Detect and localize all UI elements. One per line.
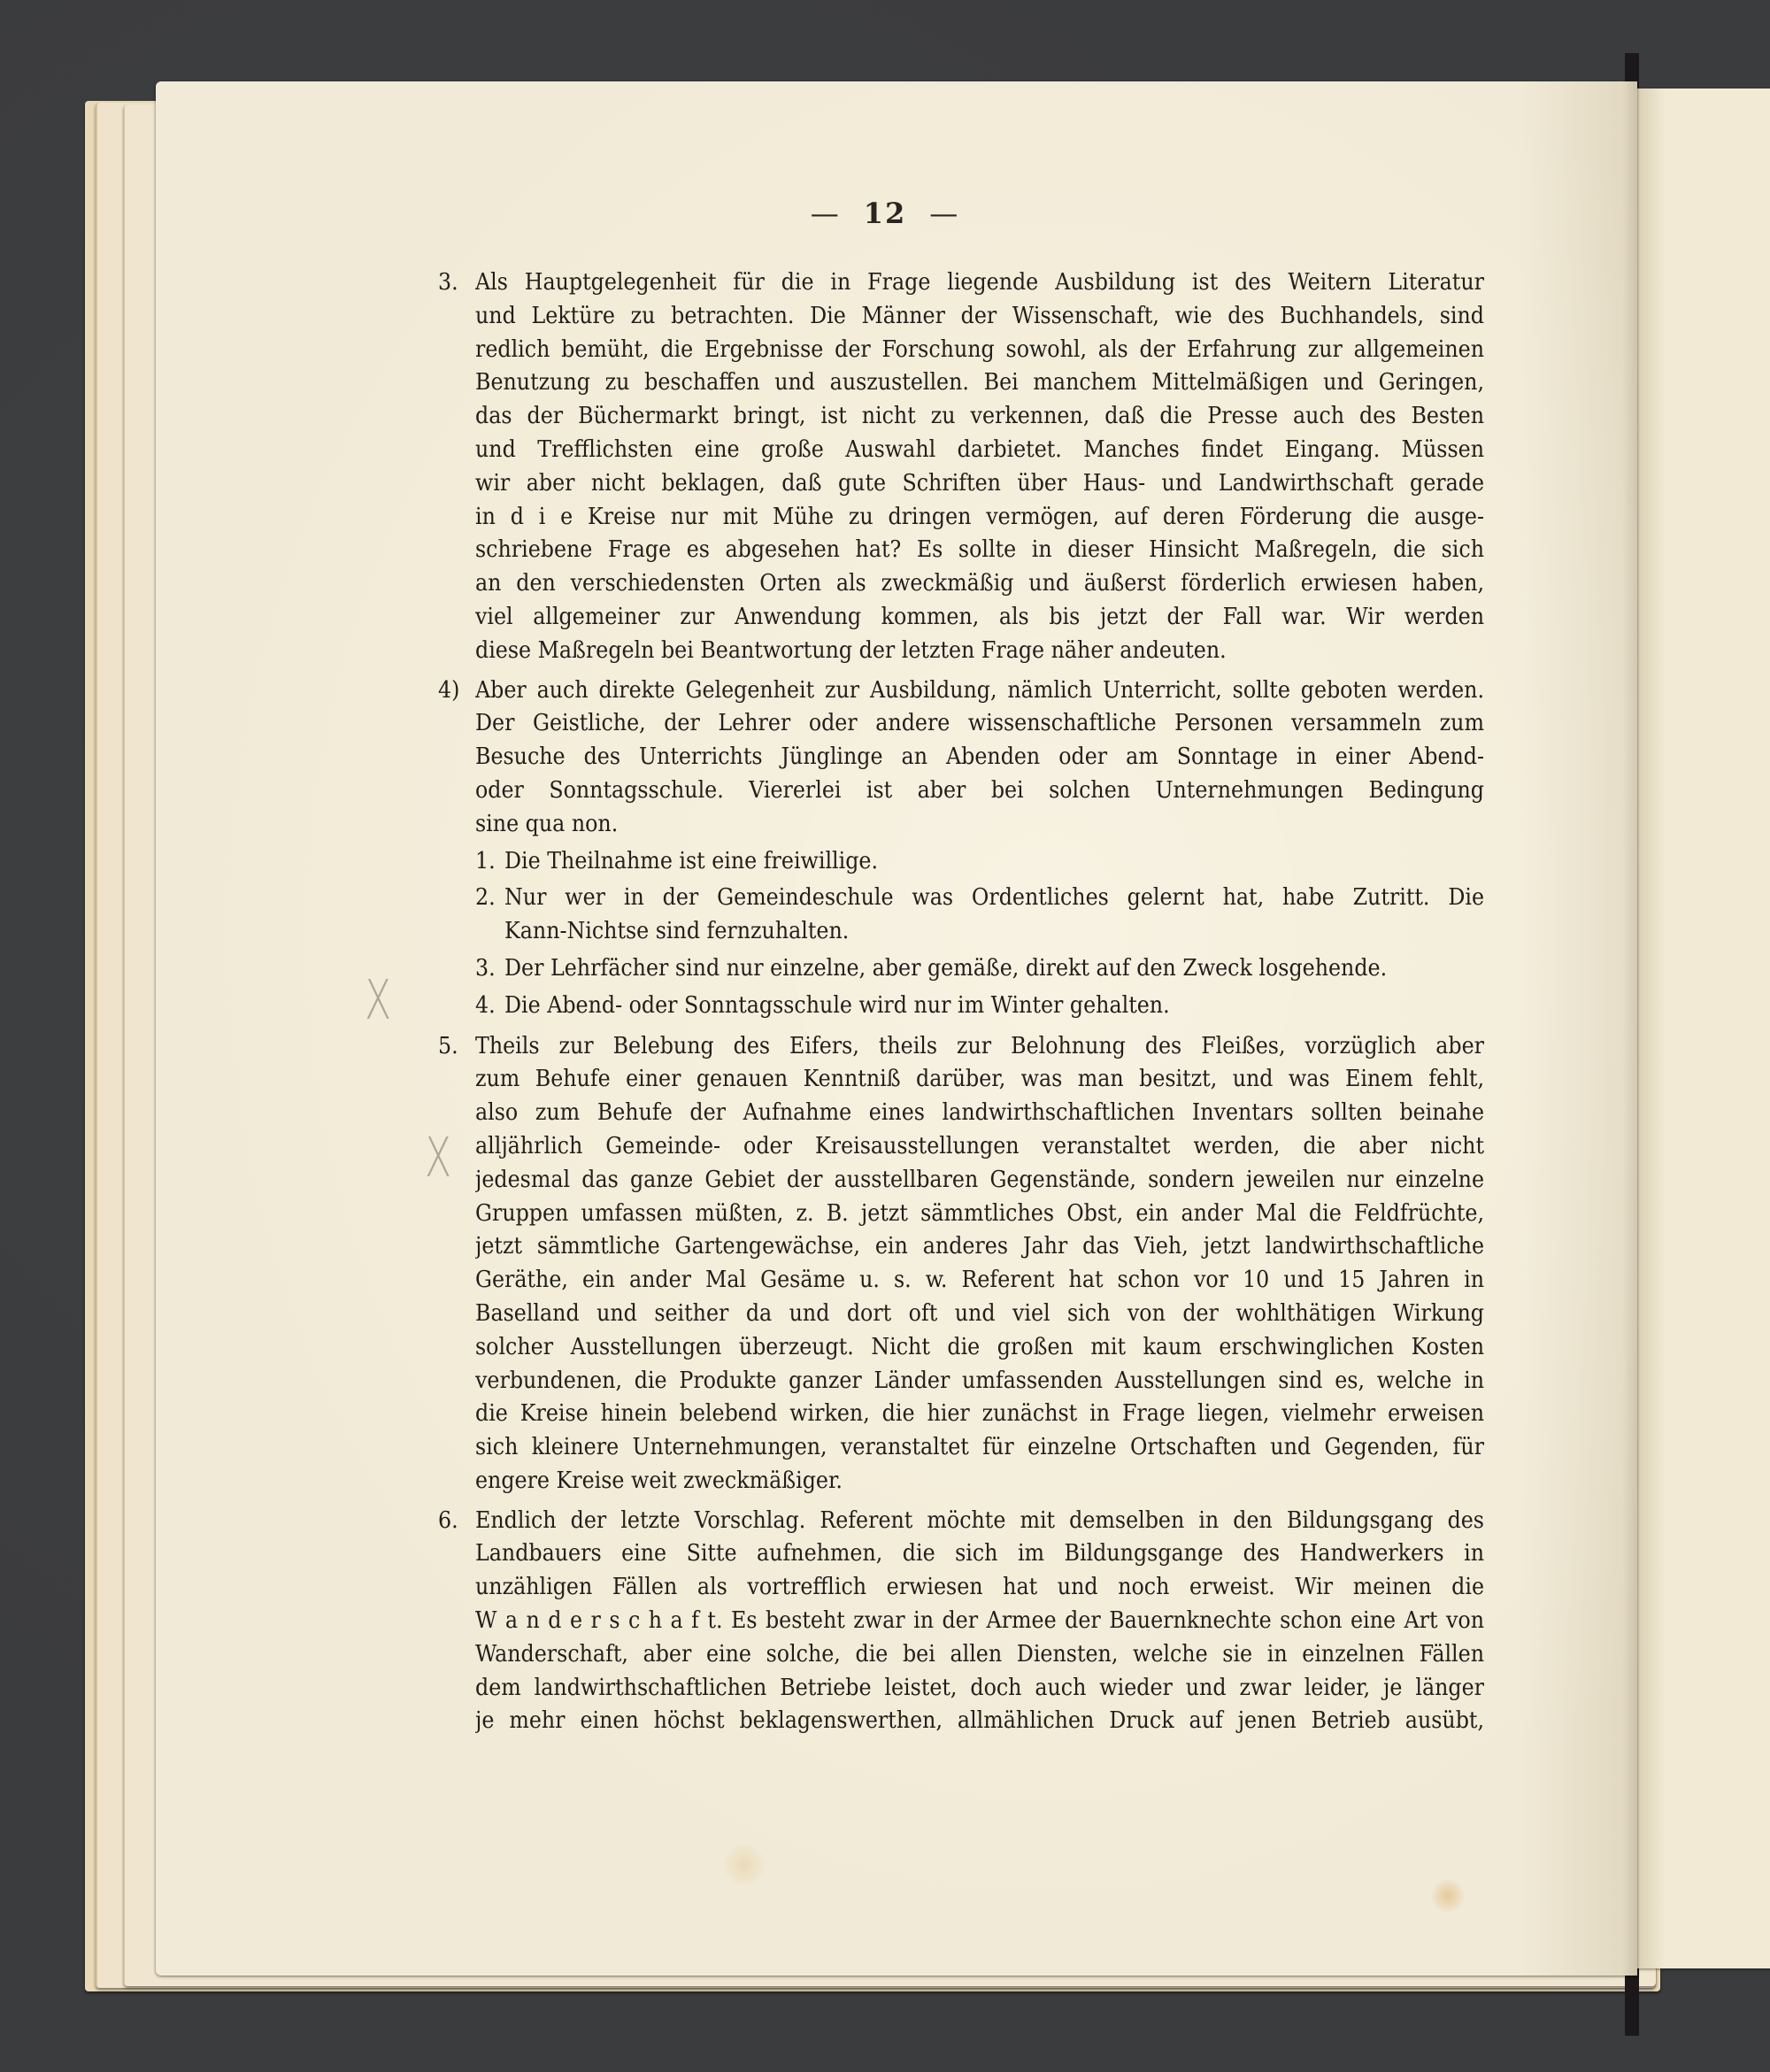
pencil-mark: X (365, 969, 391, 1032)
paragraph-6: 6. Endlich der letzte Vorschlag. Referen… (438, 1504, 1484, 1738)
text-line: wir aber nicht beklagen, daß gute Schrif… (475, 466, 1484, 500)
text-line: jetzt sämmtliche Gartengewächse, ein and… (475, 1229, 1484, 1263)
text-line: engere Kreise weit zweckmäßiger. (475, 1464, 1484, 1498)
text-line: Die Theilnahme ist eine freiwillige. (504, 844, 1484, 878)
paragraph-number: 5. (438, 1029, 473, 1063)
paragraph-3: 3. Als Hauptgelegenheit für die in Frage… (438, 266, 1484, 667)
text-line: unzähligen Fällen als vortrefflich erwie… (475, 1570, 1484, 1604)
text-line: also zum Behufe der Aufnahme eines landw… (475, 1096, 1484, 1129)
item-number: 1. (475, 844, 496, 878)
text-line: dem landwirthschaftlichen Betriebe leist… (475, 1671, 1484, 1705)
text-line: Landbauers eine Sitte aufnehmen, die sic… (475, 1537, 1484, 1570)
paragraph-number: 6. (438, 1504, 473, 1537)
text-line: W a n d e r s c h a f t. Es besteht zwar… (475, 1604, 1484, 1637)
text-line: in d i e Kreise nur mit Mühe zu dringen … (475, 500, 1484, 534)
body-text: 3. Als Hauptgelegenheit für die in Frage… (438, 266, 1484, 1737)
text-line: das der Büchermarkt bringt, ist nicht zu… (475, 399, 1484, 433)
condition-item: 4. Die Abend- oder Sonntagsschule wird n… (475, 989, 1484, 1022)
text-line: Kann-Nichtse sind fernzuhalten. (504, 914, 1484, 948)
text-line: jedesmal das ganze Gebiet der ausstellba… (475, 1163, 1484, 1197)
foxing-stain (722, 1843, 766, 1887)
condition-item: 2. Nur wer in der Gemeindeschule was Ord… (475, 881, 1484, 948)
text-line: zum Behufe einer genauen Kenntniß darübe… (475, 1062, 1484, 1096)
text-line: Theils zur Belebung des Eifers, theils z… (475, 1029, 1484, 1063)
text-line: redlich bemüht, die Ergebnisse der Forsc… (475, 333, 1484, 366)
text-line: sine qua non. (475, 807, 1484, 841)
text-line: solcher Ausstellungen überzeugt. Nicht d… (475, 1330, 1484, 1364)
text-line: Der Geistliche, der Lehrer oder andere w… (475, 706, 1484, 740)
paragraph-number: 4) (438, 674, 473, 707)
text-line: verbundenen, die Produkte ganzer Länder … (475, 1364, 1484, 1398)
item-number: 3. (475, 951, 496, 985)
item-number: 2. (475, 881, 496, 914)
text-line: Benutzung zu beschaffen und auszustellen… (475, 366, 1484, 399)
paragraph-4: 4) Aber auch direkte Gelegenheit zur Aus… (438, 674, 1484, 841)
text-line: die Kreise hinein belebend wirken, die h… (475, 1397, 1484, 1430)
text-line: Besuche des Unterrichts Jünglinge an Abe… (475, 740, 1484, 774)
text-line: Wanderschaft, aber eine solche, die bei … (475, 1637, 1484, 1671)
text-line: Baselland und seither da und dort oft un… (475, 1297, 1484, 1330)
item-number: 4. (475, 989, 496, 1022)
text-line: Aber auch direkte Gelegenheit zur Ausbil… (475, 674, 1484, 707)
page-number: —12— (0, 196, 1770, 230)
text-line: Als Hauptgelegenheit für die in Frage li… (475, 266, 1484, 299)
text-line: sich kleinere Unternehmungen, veranstalt… (475, 1430, 1484, 1464)
text-line: und Lektüre zu betrachten. Die Männer de… (475, 299, 1484, 333)
facing-page (1637, 89, 1770, 1968)
text-line: schriebene Frage es abgesehen hat? Es so… (475, 533, 1484, 566)
text-line: Die Abend- oder Sonntagsschule wird nur … (504, 989, 1484, 1022)
text-line: Nur wer in der Gemeindeschule was Ordent… (504, 881, 1484, 914)
text-line: je mehr einen höchst beklagenswerthen, a… (475, 1704, 1484, 1737)
text-line: diese Maßregeln bei Beantwortung der let… (475, 634, 1484, 667)
text-line: viel allgemeiner zur Anwendung kommen, a… (475, 600, 1484, 634)
text-line: an den verschiedensten Orten als zweckmä… (475, 566, 1484, 600)
page-number-value: 12 (864, 196, 907, 230)
foxing-stain (1430, 1878, 1466, 1914)
text-line: Geräthe, ein ander Mal Gesäme u. s. w. R… (475, 1263, 1484, 1297)
condition-item: 1. Die Theilnahme ist eine freiwillige. (475, 844, 1484, 878)
text-line: Der Lehrfächer sind nur einzelne, aber g… (504, 951, 1484, 985)
paragraph-5: 5. Theils zur Belebung des Eifers, theil… (438, 1029, 1484, 1498)
paragraph-number: 3. (438, 266, 473, 299)
text-line: oder Sonntagsschule. Viererlei ist aber … (475, 774, 1484, 807)
text-line: und Trefflichsten eine große Auswahl dar… (475, 433, 1484, 466)
conditions-list: 1. Die Theilnahme ist eine freiwillige. … (438, 844, 1484, 1022)
text-line: alljährlich Gemeinde- oder Kreisausstell… (475, 1129, 1484, 1163)
text-line: Endlich der letzte Vorschlag. Referent m… (475, 1504, 1484, 1537)
text-line: Gruppen umfassen müßten, z. B. jetzt säm… (475, 1197, 1484, 1230)
condition-item: 3. Der Lehrfächer sind nur einzelne, abe… (475, 951, 1484, 985)
